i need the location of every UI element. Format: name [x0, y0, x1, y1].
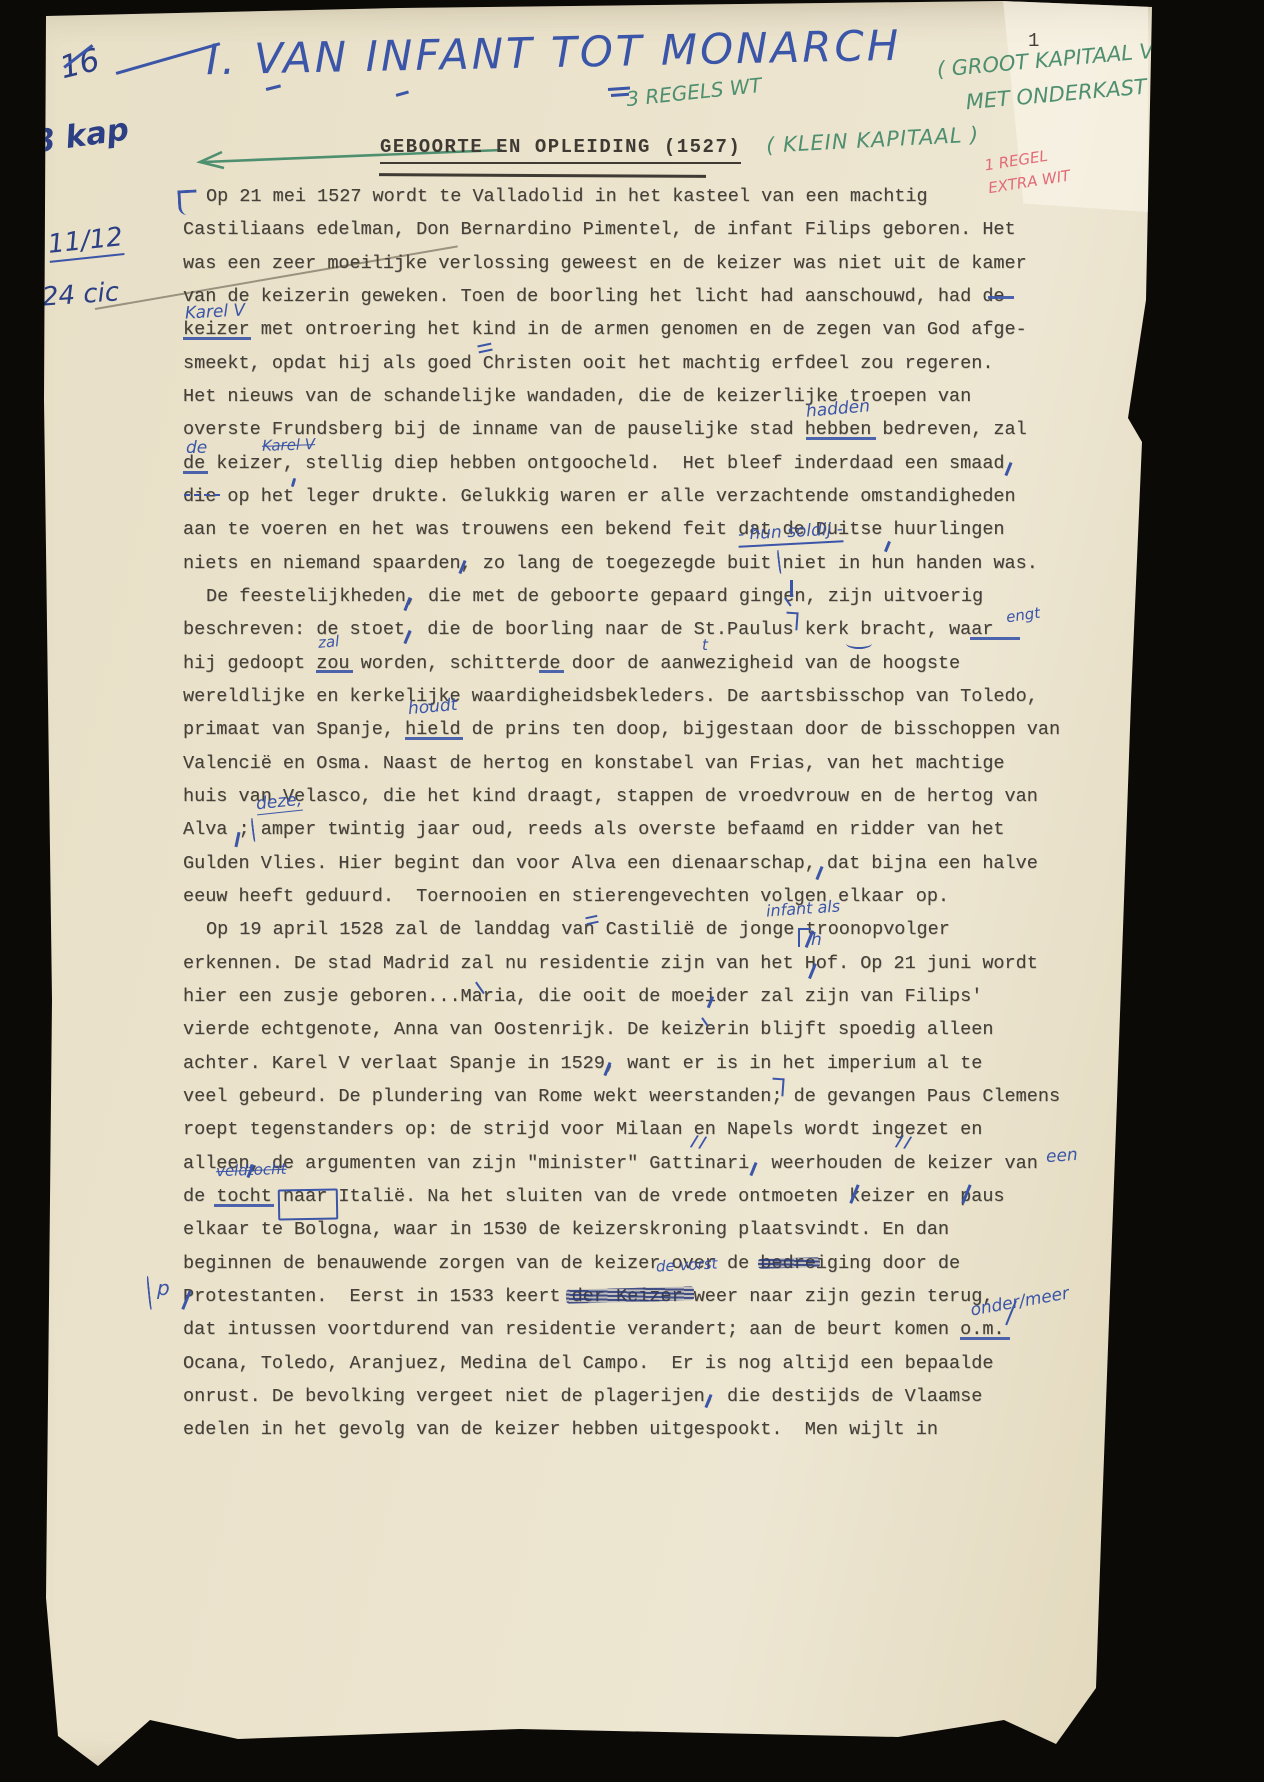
strikethrough-bracht	[970, 637, 1020, 640]
scanned-manuscript-page: 1 I. VAN INFANT TOT MONARCH ( GROOT KAPI…	[0, 0, 1264, 1782]
typed-line: roept tegenstanders op: de strijd voor M…	[183, 1121, 982, 1140]
margin-note-11-12: 11/12	[46, 222, 124, 263]
typed-line: Alva ; amper twintig jaar oud, reeds als…	[183, 821, 1005, 840]
paper-sheet: 1 I. VAN INFANT TOT MONARCH ( GROOT KAPI…	[0, 0, 1264, 1782]
box-around-naar	[278, 1188, 339, 1220]
chapter-title-handwritten: I. VAN INFANT TOT MONARCH	[206, 21, 902, 85]
typed-line: die op het leger drukte. Gelukkig waren …	[183, 488, 1016, 507]
strikethrough-hield	[405, 737, 463, 740]
typed-line: beginnen de benauwende zorgen van de kei…	[183, 1255, 960, 1274]
typed-line: keizer met ontroering het kind in de arm…	[183, 321, 1027, 340]
edit-de-vorst: de vorst	[656, 1254, 718, 1275]
edit-karel-v: Karel V	[185, 300, 246, 323]
edit-engt: engt	[1005, 604, 1041, 627]
typed-line: beschreven: de stoet, die de boorling na…	[183, 621, 993, 640]
edit-t: t	[702, 636, 708, 654]
typed-line: vierde echtgenote, Anna van Oostenrijk. …	[183, 1021, 993, 1040]
margin-note-8-kap: 8 kap	[31, 111, 131, 160]
typesetting-note-regels-wit: 3 REGELS WT	[625, 73, 763, 111]
typed-line: De feestelijkheden, die met de geboorte …	[183, 588, 983, 607]
caret-mark	[477, 343, 492, 354]
edit-hadden: hadden	[805, 396, 871, 422]
margin-paren	[146, 1276, 152, 1310]
margin-dashes	[184, 494, 220, 496]
margin-note-16: 16	[56, 42, 103, 86]
heading-underline	[379, 173, 706, 177]
typed-line: van de keizerin geweken. Toen de boorlin…	[183, 288, 1005, 307]
typesetting-note-klein-kapitaal: ( KLEIN KAPITAAL )	[766, 122, 980, 157]
strikethrough-de	[988, 296, 1014, 299]
typed-line: wereldlijke en kerkelijke waardigheidsbe…	[183, 688, 1038, 707]
comma-slash-mark	[884, 541, 890, 552]
edit-deze: deze,	[255, 790, 303, 816]
title-underline-mark	[396, 90, 409, 96]
typed-line: Op 19 april 1528 zal de landdag van Cast…	[183, 921, 950, 940]
typed-line: hier een zusje geboren...Maria, die ooit…	[183, 988, 982, 1007]
margin-note-24-cic: 24 cic	[41, 277, 120, 312]
typed-line: onrust. De bevolking vergeet niet de pla…	[183, 1388, 982, 1407]
typed-line: Ocana, Toledo, Aranjuez, Medina del Camp…	[183, 1355, 993, 1374]
edit-houdt: houdt	[407, 695, 458, 719]
typed-line: was een zeer moeilijke verlossing gewees…	[183, 255, 1027, 274]
section-heading: GEBOORTE EN OPLEIDING (1527)	[380, 136, 741, 164]
typed-line: Castiliaans edelman, Don Bernardino Pime…	[183, 221, 1016, 240]
strikethrough-keizer	[183, 337, 251, 340]
edit-karel-v-struck: Karel V	[262, 435, 316, 455]
typed-line: huis van Velasco, die het kind draagt, s…	[183, 788, 1038, 807]
strikethrough-de	[183, 471, 208, 474]
margin-16-line	[116, 42, 221, 74]
typed-line: dat intussen voortdurend van residentie …	[183, 1321, 1005, 1340]
strikethrough-om	[960, 1337, 1010, 1340]
typed-line: erkennen. De stad Madrid zal nu resident…	[183, 955, 1038, 974]
typed-line: aan te voeren en het was trouwens een be…	[183, 521, 1005, 540]
strikethrough-hebben	[806, 437, 876, 440]
typed-line: Gulden Vlies. Hier begint dan voor Alva …	[183, 855, 1038, 874]
typed-line: Op 21 mei 1527 wordt te Valladolid in he…	[183, 188, 928, 207]
typed-line: alleen, de argumenten van zijn "minister…	[183, 1155, 1038, 1174]
caret-st-paulus	[785, 612, 798, 631]
struck-handwritten-word	[758, 1257, 820, 1269]
edit-zal: zal	[317, 632, 340, 652]
mark-weerstanden	[771, 1078, 784, 1097]
typed-line: elkaar te Bologna, waar in 1530 de keize…	[183, 1221, 949, 1240]
strikethrough-zou	[316, 670, 353, 673]
typed-line: niets en niemand spaarden, zo lang de to…	[183, 555, 1038, 574]
title-underline-mark	[266, 84, 281, 90]
strikethrough-tocht	[214, 1204, 274, 1207]
tie-mark-paulus-kerk	[846, 638, 872, 649]
edit-hun-soldij: - hun soldij -	[737, 519, 843, 547]
margin-lowercase-p: p	[157, 1276, 170, 1300]
edit-infant-als: infant als	[765, 896, 840, 920]
edit-een: een	[1045, 1145, 1078, 1167]
typed-line: achter. Karel V verlaat Spanje in 1529, …	[183, 1055, 982, 1074]
edit-de: de	[186, 438, 207, 458]
typed-line: Valencië en Osma. Naast de hertog en kon…	[183, 755, 1005, 774]
typed-line: veel gebeurd. De plundering van Rome wek…	[183, 1088, 1060, 1107]
typed-line: primaat van Spanje, hield de prins ten d…	[183, 721, 1060, 740]
typed-line: edelen in het gevolg van de keizer hebbe…	[183, 1421, 938, 1440]
typed-line: smeekt, opdat hij als goed Christen ooit…	[183, 355, 993, 374]
strikethrough-de	[539, 670, 564, 673]
typed-line: de keizer, stellig diep hebben ontgooche…	[183, 455, 1016, 474]
typed-line: hij gedoopt zou worden, schitterde door …	[183, 655, 960, 674]
